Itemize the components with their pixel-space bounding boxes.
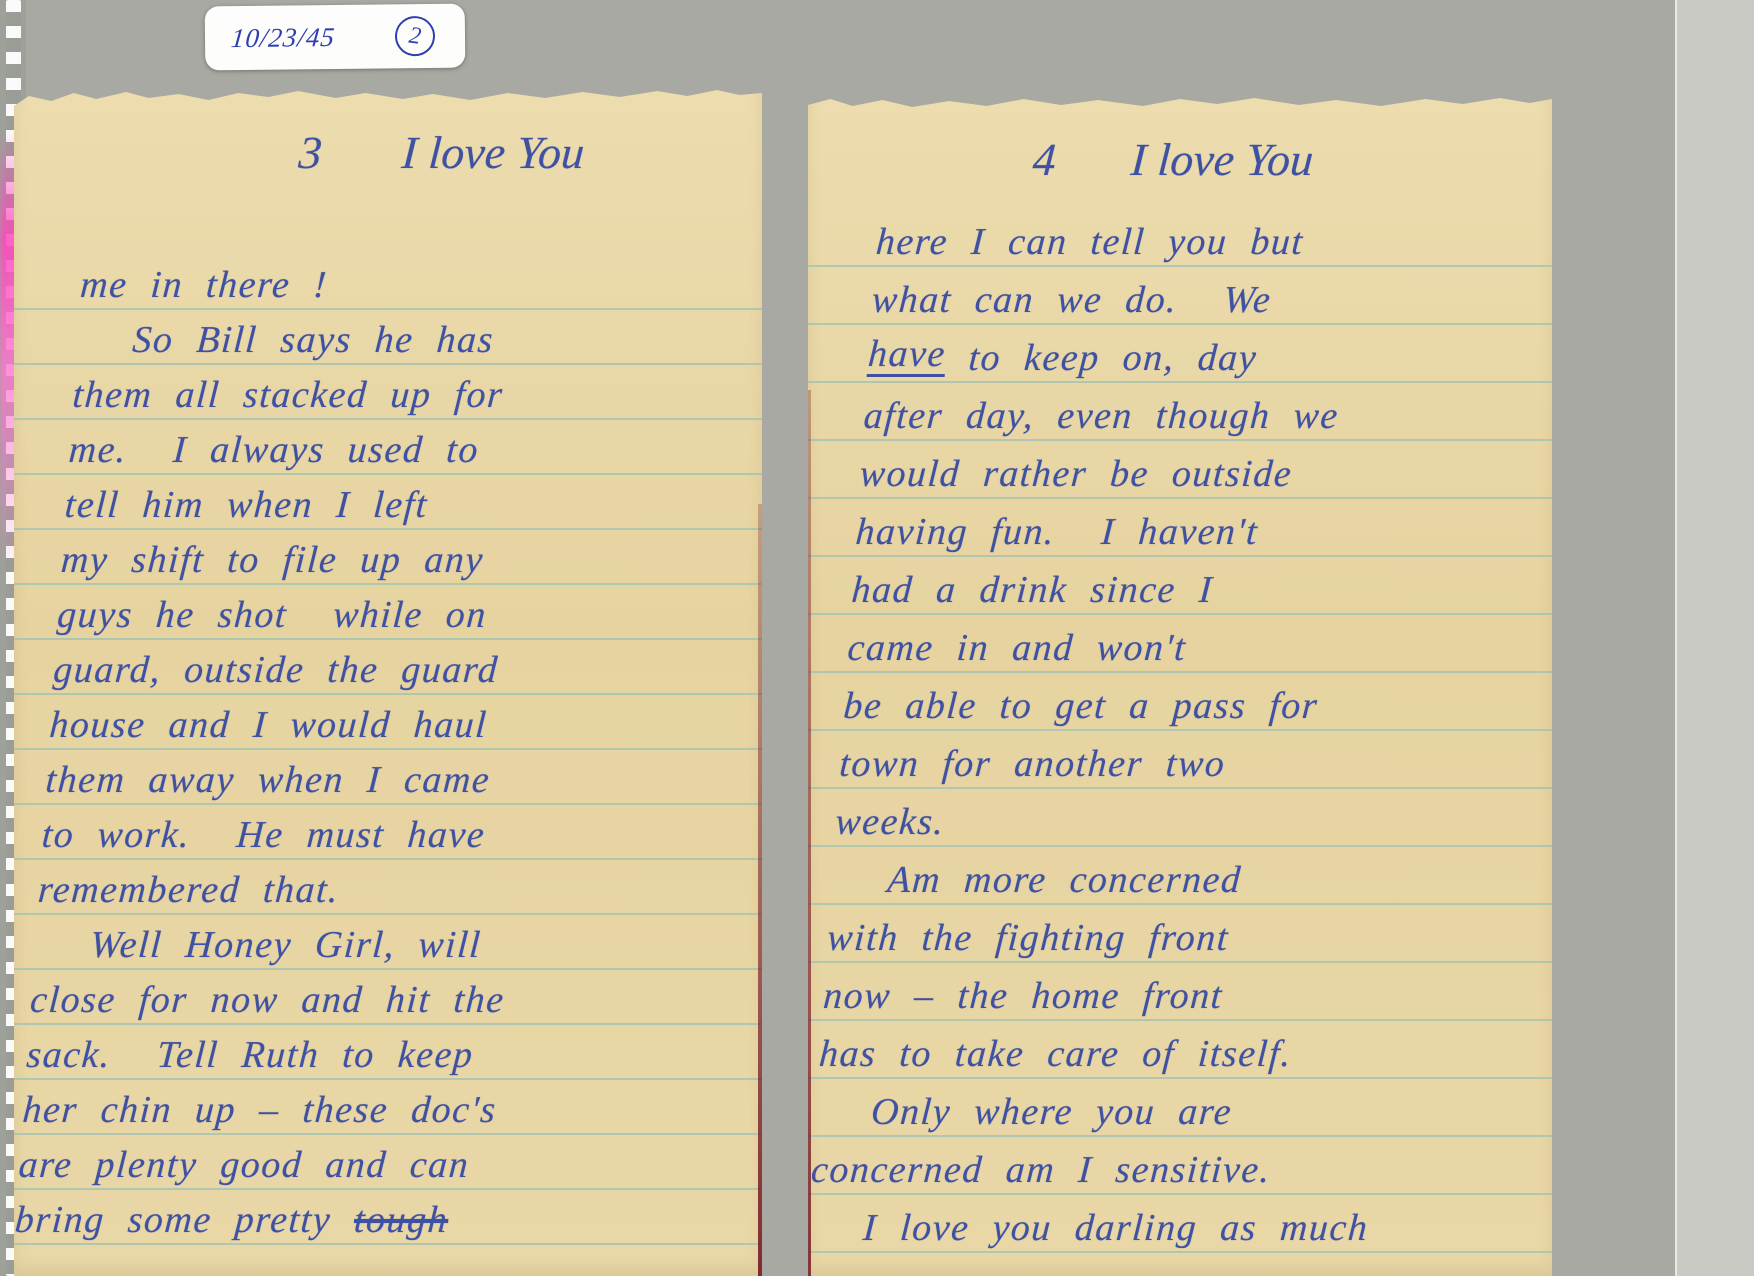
handwriting-text: close for now and hit the xyxy=(29,981,506,1019)
handwritten-line: had a drink since I xyxy=(850,555,1550,613)
handwritten-line: me. I always used to xyxy=(67,418,762,473)
handwritten-line: concerned am I sensitive. xyxy=(810,1135,1510,1193)
handwriting-text: Am more concerned xyxy=(886,861,1243,899)
page-4-header: 4 I love You xyxy=(808,133,1552,186)
handwritten-line: town for another two xyxy=(838,729,1538,787)
handwriting-text: bring some pretty xyxy=(14,1201,355,1239)
handwritten-line: Well Honey Girl, will xyxy=(33,913,737,968)
handwritten-line: would rather be outside xyxy=(858,439,1552,497)
handwriting-text: weeks. xyxy=(834,803,946,841)
handwriting-text: her chin up – these doc's xyxy=(21,1091,498,1129)
page-3-header: 3 I love You xyxy=(14,126,762,179)
label-date: 10/23/45 xyxy=(230,21,337,53)
handwriting-text: to keep on, day xyxy=(944,339,1258,377)
handwriting-text: tell him when I left xyxy=(64,486,430,524)
handwriting-text: me in there ! xyxy=(79,266,329,304)
handwriting-text: Well Honey Girl, will xyxy=(89,926,483,964)
handwritten-line: me in there ! xyxy=(79,253,762,308)
handwritten-line: close for now and hit the xyxy=(29,968,733,1023)
handwritten-line: came in and won't xyxy=(846,613,1546,671)
handwritten-text-block: me in there !So Bill says he hasthem all… xyxy=(14,253,762,1243)
handwritten-line: here I can tell you but xyxy=(874,207,1552,265)
handwritten-line: I love you darling as much xyxy=(808,1193,1506,1251)
handwritten-line: my shift to file up any xyxy=(60,528,762,583)
handwritten-line: weeks. xyxy=(834,787,1534,845)
handwriting-text: them away when I came xyxy=(44,761,491,799)
handwriting-text: with the fighting front xyxy=(826,919,1230,957)
handwriting-text: So Bill says he has xyxy=(131,321,495,359)
handwritten-line: what can we do. We xyxy=(870,265,1552,323)
page-header-text: I love You xyxy=(1129,133,1315,186)
handwriting-text: remembered that. xyxy=(37,871,341,909)
handwriting-text: here I can tell you but xyxy=(875,223,1305,261)
handwritten-line: guard, outside the guard xyxy=(52,638,756,693)
handwritten-line: Only where you are xyxy=(814,1077,1514,1135)
handwriting-text: me. I always used to xyxy=(68,431,481,469)
label-circled-number: 2 xyxy=(393,14,438,59)
handwritten-line: her chin up – these doc's xyxy=(21,1078,725,1133)
handwriting-text: be able to get a pass for xyxy=(842,687,1319,725)
handwritten-line: having fun. I haven't xyxy=(854,497,1552,555)
handwriting-text: guys he shot while on xyxy=(56,596,488,634)
handwritten-line: them away when I came xyxy=(44,748,748,803)
handwriting-text: house and I would haul xyxy=(48,706,488,744)
handwriting-text: has to take care of itself. xyxy=(818,1035,1293,1073)
handwritten-line: now – the home front xyxy=(822,961,1522,1019)
handwritten-line: bring some pretty tough xyxy=(14,1188,717,1243)
handwritten-line: tell him when I left xyxy=(63,473,762,528)
handwriting-text: I love you darling as much xyxy=(862,1209,1370,1247)
handwritten-line: them all stacked up for xyxy=(71,363,762,418)
handwriting-text: sack. Tell Ruth to keep xyxy=(25,1036,475,1074)
handwritten-line: to work. He must have xyxy=(40,803,744,858)
page-number: 3 xyxy=(297,126,324,179)
handwritten-line: have to keep on, day xyxy=(866,323,1552,381)
handwriting-text: having fun. I haven't xyxy=(854,513,1259,551)
handwritten-line: after day, even though we xyxy=(862,381,1552,439)
scanned-letter-sheet: 10/23/45 2 3 I love You me in there !So … xyxy=(0,0,1754,1276)
handwritten-line: with the fighting front xyxy=(826,903,1526,961)
handwriting-text: came in and won't xyxy=(846,629,1187,667)
handwriting-text: concerned am I sensitive. xyxy=(810,1151,1272,1189)
handwriting-text: what can we do. We xyxy=(871,281,1273,319)
handwriting-text: guard, outside the guard xyxy=(52,651,500,689)
handwriting-text: would rather be outside xyxy=(859,455,1294,493)
page-number: 4 xyxy=(1031,133,1058,186)
scanner-background-strip xyxy=(1675,0,1754,1276)
handwritten-line: guys he shot while on xyxy=(56,583,760,638)
handwriting-text: Only where you are xyxy=(870,1093,1234,1131)
handwriting-text: had a drink since I xyxy=(850,571,1214,609)
underlined-word: have xyxy=(867,335,948,377)
letter-page-3: 3 I love You me in there !So Bill says h… xyxy=(14,88,762,1276)
handwritten-text-block: here I can tell you butwhat can we do. W… xyxy=(808,207,1552,1251)
handwriting-text: now – the home front xyxy=(822,977,1224,1015)
handwriting-text: town for another two xyxy=(838,745,1227,783)
handwriting-text: after day, even though we xyxy=(863,397,1341,435)
handwritten-line: sack. Tell Ruth to keep xyxy=(25,1023,729,1078)
handwritten-line: be able to get a pass for xyxy=(842,671,1542,729)
handwriting-text: them all stacked up for xyxy=(71,376,504,414)
handwriting-text: are plenty good and can xyxy=(18,1146,471,1184)
handwritten-line: remembered that. xyxy=(36,858,740,913)
handwriting-text: my shift to file up any xyxy=(60,541,485,579)
handwritten-line: Am more concerned xyxy=(830,845,1530,903)
handwritten-line: are plenty good and can xyxy=(17,1133,721,1188)
page-header-text: I love You xyxy=(400,126,586,179)
crossed-out-word: tough xyxy=(353,1201,450,1239)
handwritten-line: So Bill says he has xyxy=(75,308,762,363)
handwritten-line: has to take care of itself. xyxy=(818,1019,1518,1077)
handwriting-text: to work. He must have xyxy=(41,816,487,854)
handwritten-line: house and I would haul xyxy=(48,693,752,748)
letter-page-4: 4 I love You here I can tell you butwhat… xyxy=(808,95,1552,1276)
archive-date-label: 10/23/45 2 xyxy=(205,4,466,71)
